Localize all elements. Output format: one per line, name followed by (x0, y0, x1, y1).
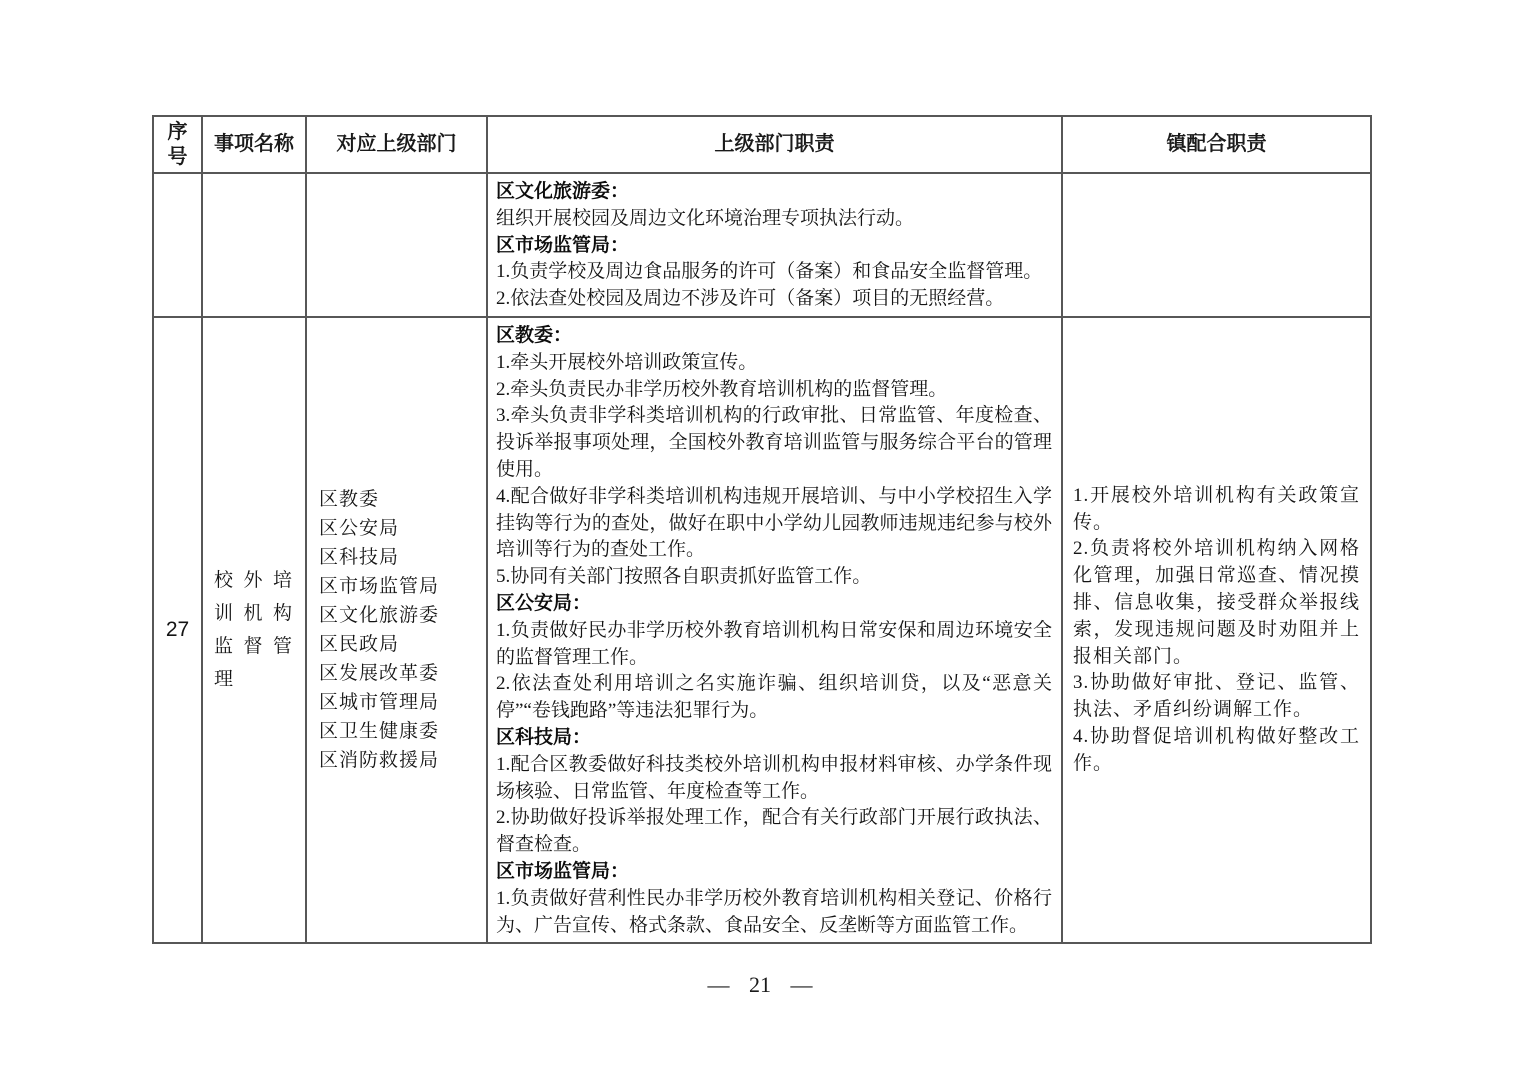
department-line: 区民政局 (319, 630, 480, 659)
duty-item: 1.配合区教委做好科技类校外培训机构申报材料审核、办学条件现场核验、日常监管、年… (496, 752, 1052, 806)
duty-item: 3.牵头负责非学科类培训机构的行政审批、日常监管、年度检查、投诉举报事项处理，全… (496, 403, 1052, 483)
department-line: 区公安局 (319, 514, 480, 543)
header-item-name: 事项名称 (202, 116, 306, 173)
department-duty-header: 区文化旅游委： (496, 179, 1052, 206)
header-town-duties: 镇配合职责 (1062, 116, 1371, 173)
cell-departments (306, 173, 487, 317)
duty-item: 2.依法查处校园及周边不涉及许可（备案）项目的无照经营。 (496, 286, 1052, 313)
department-line: 区教委 (319, 485, 480, 514)
table-header: 序号 事项名称 对应上级部门 上级部门职责 镇配合职责 (153, 116, 1371, 173)
department-duty-header: 区科技局： (496, 725, 1052, 752)
header-superior-duties: 上级部门职责 (487, 116, 1062, 173)
duty-item: 1.牵头开展校外培训政策宣传。 (496, 350, 1052, 377)
duty-item: 1.负责做好营利性民办非学历校外教育培训机构相关登记、价格行为、广告宣传、格式条… (496, 886, 1052, 940)
cell-superior-duties: 区教委：1.牵头开展校外培训政策宣传。2.牵头负责民办非学历校外教育培训机构的监… (487, 317, 1062, 943)
cell-seq: 27 (153, 317, 202, 943)
town-duty-item: 1.开展校外培训机构有关政策宣传。 (1073, 483, 1360, 537)
department-duty-header: 区教委： (496, 323, 1052, 350)
cell-town-duties (1062, 173, 1371, 317)
department-duty-header: 区公安局： (496, 591, 1052, 618)
town-duty-item: 2.负责将校外培训机构纳入网格化管理，加强日常巡查、情况摸排、信息收集，接受群众… (1073, 536, 1360, 670)
cell-item-name (202, 173, 306, 317)
seq-number: 27 (154, 618, 201, 642)
department-line: 区文化旅游委 (319, 601, 480, 630)
page-number: — 21 — (0, 972, 1520, 998)
header-row: 序号 事项名称 对应上级部门 上级部门职责 镇配合职责 (153, 116, 1371, 173)
duty-item: 1.负责做好民办非学历校外教育培训机构日常安保和周边环境安全的监督管理工作。 (496, 618, 1052, 672)
cell-seq (153, 173, 202, 317)
town-duty-item: 3.协助做好审批、登记、监管、执法、矛盾纠纷调解工作。 (1073, 670, 1360, 724)
department-line: 区消防救援局 (319, 746, 480, 775)
table-body: 区文化旅游委：组织开展校园及周边文化环境治理专项执法行动。区市场监管局：1.负责… (153, 173, 1371, 943)
duty-item: 1.负责学校及周边食品服务的许可（备案）和食品安全监督管理。 (496, 259, 1052, 286)
department-duty-header: 区市场监管局： (496, 859, 1052, 886)
department-line: 区城市管理局 (319, 688, 480, 717)
duty-item: 2.协助做好投诉举报处理工作，配合有关行政部门开展行政执法、督查检查。 (496, 805, 1052, 859)
header-departments: 对应上级部门 (306, 116, 487, 173)
duty-item: 2.依法查处利用培训之名实施诈骗、组织培训贷，以及“恶意关停”“卷钱跑路”等违法… (496, 671, 1052, 725)
duty-item: 4.配合做好非学科类培训机构违规开展培训、与中小学校招生入学挂钩等行为的查处，做… (496, 484, 1052, 564)
cell-town-duties: 1.开展校外培训机构有关政策宣传。2.负责将校外培训机构纳入网格化管理，加强日常… (1062, 317, 1371, 943)
department-line: 区科技局 (319, 543, 480, 572)
duty-item: 5.协同有关部门按照各自职责抓好监管工作。 (496, 564, 1052, 591)
cell-item-name: 校外培训机构监督管理 (202, 317, 306, 943)
department-line: 区卫生健康委 (319, 717, 480, 746)
item-name: 校外培训机构监督管理 (214, 564, 294, 696)
cell-departments: 区教委区公安局区科技局区市场监管局区文化旅游委区民政局区发展改革委区城市管理局区… (306, 317, 487, 943)
document-page: 序号 事项名称 对应上级部门 上级部门职责 镇配合职责 区文化旅游委：组织开展校… (0, 0, 1520, 1074)
table-row: 27校外培训机构监督管理区教委区公安局区科技局区市场监管局区文化旅游委区民政局区… (153, 317, 1371, 943)
cell-superior-duties: 区文化旅游委：组织开展校园及周边文化环境治理专项执法行动。区市场监管局：1.负责… (487, 173, 1062, 317)
responsibility-table: 序号 事项名称 对应上级部门 上级部门职责 镇配合职责 区文化旅游委：组织开展校… (152, 115, 1372, 944)
duty-item: 组织开展校园及周边文化环境治理专项执法行动。 (496, 206, 1052, 233)
town-duty-item: 4.协助督促培训机构做好整改工作。 (1073, 724, 1360, 778)
table-row: 区文化旅游委：组织开展校园及周边文化环境治理专项执法行动。区市场监管局：1.负责… (153, 173, 1371, 317)
header-seq: 序号 (153, 116, 202, 173)
department-line: 区市场监管局 (319, 572, 480, 601)
duty-item: 2.牵头负责民办非学历校外教育培训机构的监督管理。 (496, 377, 1052, 404)
department-line: 区发展改革委 (319, 659, 480, 688)
department-duty-header: 区市场监管局： (496, 233, 1052, 260)
